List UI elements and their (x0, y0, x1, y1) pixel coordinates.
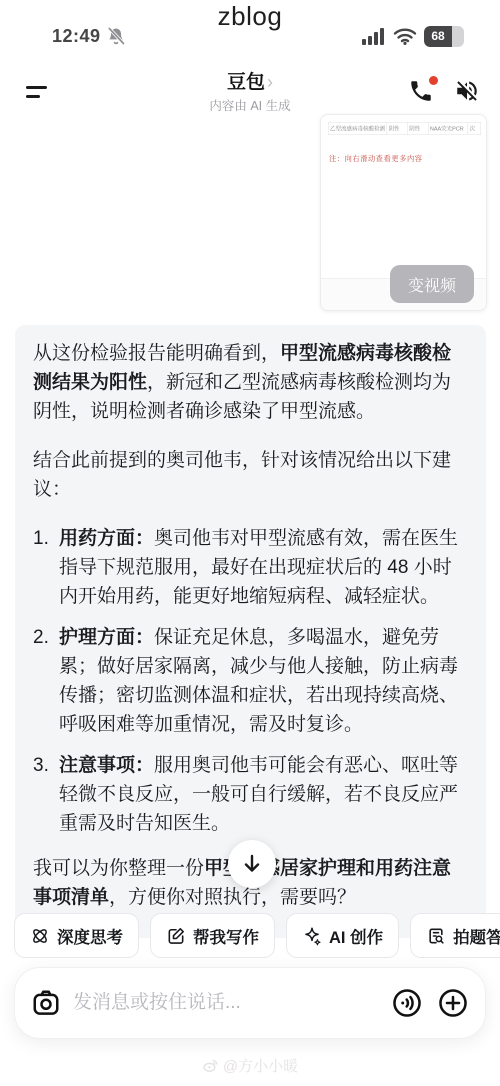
advice-list: 1. 用药方面：奥司他韦对甲型流感有效，需在医生指导下规范服用，最好在出现症状后… (33, 524, 468, 838)
battery-percent: 68 (431, 29, 444, 43)
quick-action-ai-create[interactable]: AI 创作 (286, 913, 399, 958)
arrow-down-icon (240, 852, 264, 876)
quick-action-deep-think[interactable]: 深度思考 (14, 913, 139, 958)
mute-icon[interactable] (454, 78, 480, 104)
report-table-row: 乙型流感病毒核酸检测 阴性 阴性 NAA荧光PCR 次 (328, 122, 481, 135)
chat-title: 豆包 (227, 72, 265, 93)
quick-action-write[interactable]: 帮我写作 (150, 913, 275, 958)
list-number: 1. (33, 524, 59, 611)
status-bar: 12:49 68 (52, 23, 464, 49)
battery-icon: 68 (424, 26, 464, 47)
scroll-to-bottom-button[interactable] (228, 840, 276, 888)
deep-think-icon (30, 926, 50, 946)
notifications-muted-icon (106, 26, 126, 46)
message-paragraph: 从这份检验报告能明确看到，甲型流感病毒核酸检测结果为阳性，新冠和乙型流感病毒核酸… (33, 339, 468, 426)
quick-actions-row: 深度思考 帮我写作 AI 创作 拍题答疑 (14, 913, 500, 958)
chevron-right-icon: › (267, 72, 273, 92)
app-header: 豆包› 内容由 AI 生成 (0, 70, 500, 118)
advice-item: 1. 用药方面：奥司他韦对甲型流感有效，需在医生指导下规范服用，最好在出现症状后… (33, 524, 468, 611)
voice-read-icon[interactable] (391, 987, 423, 1019)
watermark: @方小小暖 (0, 1055, 500, 1076)
list-number: 2. (33, 623, 59, 739)
wifi-icon (393, 27, 417, 45)
advice-item: 3. 注意事项：服用奥司他韦可能会有恶心、呕吐等轻微不良反应，一般可自行缓解，若… (33, 751, 468, 838)
sparkle-icon (302, 926, 322, 946)
photo-question-icon (426, 926, 446, 946)
user-image-attachment[interactable]: 乙型流感病毒核酸检测 阴性 阴性 NAA荧光PCR 次 注：向右滑动查看更多内容… (320, 114, 487, 311)
weibo-icon (202, 1057, 219, 1074)
message-paragraph: 结合此前提到的奥司他韦，针对该情况给出以下建议： (33, 446, 468, 504)
report-swipe-note: 注：向右滑动查看更多内容 (329, 153, 487, 163)
call-notification-badge (429, 76, 438, 85)
call-icon[interactable] (408, 78, 434, 104)
screen: zblog 12:49 (0, 0, 500, 1086)
message-input[interactable] (73, 992, 391, 1014)
list-number: 3. (33, 751, 59, 838)
watermark-text: @方小小暖 (223, 1055, 298, 1076)
to-video-button[interactable]: 变视频 (390, 265, 474, 303)
write-icon (166, 926, 186, 946)
quick-action-photo-answer[interactable]: 拍题答疑 (410, 913, 500, 958)
composer (14, 967, 486, 1039)
status-time: 12:49 (52, 26, 101, 47)
plus-icon[interactable] (437, 987, 469, 1019)
camera-icon[interactable] (31, 988, 61, 1018)
signal-icon (362, 27, 386, 45)
advice-item: 2. 护理方面：保证充足休息，多喝温水，避免劳累；做好居家隔离，减少与他人接触，… (33, 623, 468, 739)
